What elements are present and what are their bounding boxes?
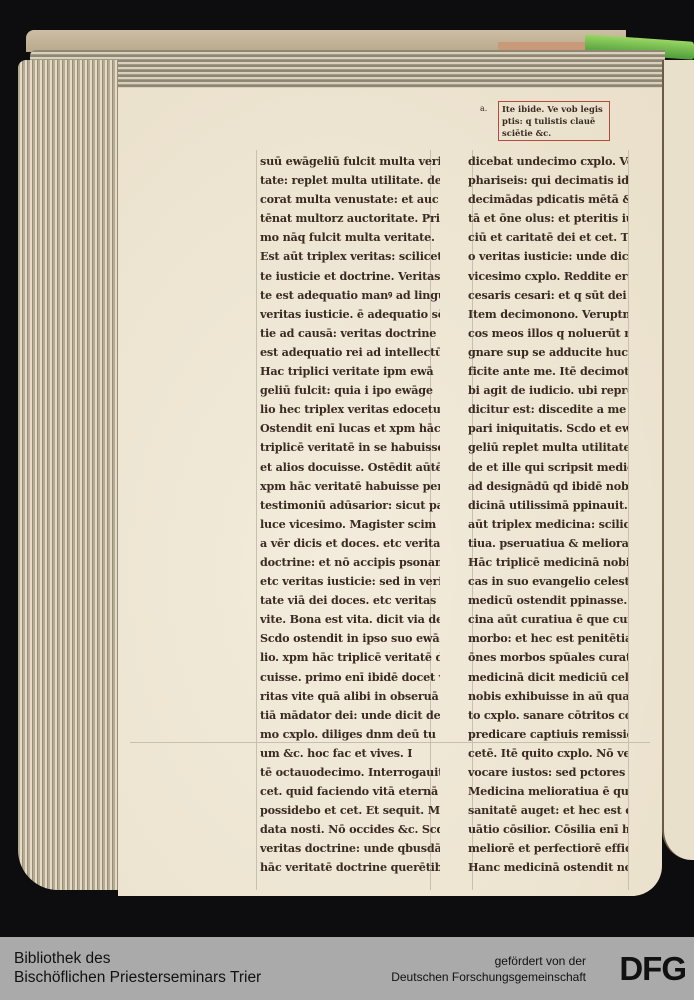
text-line: xpm hāc veritatē habuisse per (260, 477, 440, 496)
text-line: et alios docuisse. Ostēdit aūtē (260, 458, 440, 477)
text-line: Hāc triplicē medicinā nobis lu (468, 553, 628, 572)
text-line: nobis exhibuisse in aū quar (468, 687, 628, 706)
text-line: ficite ante me. Itē decimotercio. v (468, 362, 628, 381)
text-line: Medicina melioratiua ē que (468, 782, 628, 801)
text-line: cet. quid faciendo vitā eternā (260, 782, 440, 801)
text-line: medicū ostendit ppinasse. Medi (468, 591, 628, 610)
text-line: est adequatio rei ad intellectū. (260, 343, 440, 362)
text-line: etc veritas iusticie: sed in veri (260, 572, 440, 591)
page-stack-top (30, 50, 665, 90)
rubricated-margin-note: Ite ibide. Ve vob legis ptis: q tulistis… (498, 101, 610, 141)
text-line: cetē. Itē quito cxplo. Nō veni (468, 744, 628, 763)
text-line: phariseis: qui decimatis id est (468, 171, 628, 190)
text-line: uātio cōsilior. Cōsilia enī hoiem (468, 820, 628, 839)
text-line: tie ad causā: veritas doctrine (260, 324, 440, 343)
text-line: ciū et caritatē dei et cet. Terti (468, 228, 628, 247)
text-line: triplicē veritatē in se habuisse: (260, 438, 440, 457)
text-line: vicesimo cxplo. Reddite ergo q sūt (468, 267, 628, 286)
text-line: Item decimonono. Veruptm inimi (468, 305, 628, 324)
text-line: Ostendit enī lucas et xpm hāc (260, 419, 440, 438)
text-line: cos meos illos q noluerūt me re (468, 324, 628, 343)
funder-credit: gefördert von der Deutschen Forschungsge… (391, 953, 586, 985)
text-line: ōnes morbos spūales curat. Hāc (468, 648, 628, 667)
library-name: Bibliothek des Bischöflichen Priestersem… (14, 949, 261, 987)
text-line: de et ille qui scripsit medic fuit: (468, 458, 628, 477)
text-line: mo nāq fulcit multa veritate. (260, 228, 440, 247)
text-line: sanitatē auget: et hec est obser (468, 801, 628, 820)
text-line: doctrine: et nō accipis psonam. (260, 553, 440, 572)
text-line: Est aūt triplex veritas: scilicet vi (260, 247, 440, 266)
text-line: vite. Bona est vita. dicit via dei. (260, 610, 440, 629)
text-line: decimādas pdicatis mētā & ru (468, 190, 628, 209)
text-line: vocare iustos: sed pctores et cet. (468, 763, 628, 782)
text-line: suū ewāgeliū fulcit multa veri (260, 152, 440, 171)
text-line: cuisse. primo enī ibidē docet ve (260, 668, 440, 687)
text-line: data nosti. Nō occides &c. Scdo (260, 820, 440, 839)
text-line: predicare captiuis remissionē et (468, 725, 628, 744)
page-stack-left (18, 60, 118, 890)
right-text-column: dicebat undecimo cxplo. Ve vobispharisei… (468, 152, 628, 878)
text-line: ad designādū qd ibidē nobis me (468, 477, 628, 496)
funder-line-2: Deutschen Forschungsgemeinschaft (391, 969, 586, 985)
text-line: tēnat multorz auctoritate. Pri (260, 209, 440, 228)
text-line: dicitur est: discedite a me ōnes o (468, 400, 628, 419)
text-line: morbo: et hec est penitētia: que (468, 629, 628, 648)
text-line: te iusticie et doctrine. Veritas vi (260, 267, 440, 286)
text-line: bi agit de iudicio. ubi reprobis (468, 381, 628, 400)
text-line: to cxplo. sanare cōtritos corde. (468, 706, 628, 725)
text-line: lio. xpm hāc triplicē veritatē do (260, 648, 440, 667)
text-line: tā et ōne olus: et pteritis iudi (468, 209, 628, 228)
library-line-1: Bibliothek des (14, 949, 261, 968)
ruling-line (628, 150, 629, 890)
ruling-line (256, 150, 257, 890)
text-line: testimoniū adūsarior: sicut patz (260, 496, 440, 515)
text-line: te est adequatio manꝰ ad lingua. (260, 286, 440, 305)
footer-bar: Bibliothek des Bischöflichen Priestersem… (0, 937, 694, 1000)
text-line: lio hec triplex veritas edocetur. (260, 400, 440, 419)
margin-mark: a. (480, 104, 487, 113)
text-line: veritas iusticie. ē adequatio sētē (260, 305, 440, 324)
left-text-column: suū ewāgeliū fulcit multa veritate: repl… (260, 152, 440, 878)
text-line: luce vicesimo. Magister scim qui (260, 515, 440, 534)
manuscript-scan: a. Ite ibide. Ve vob legis ptis: q tulis… (0, 0, 694, 937)
text-line: veritas doctrine: unde qbusdā (260, 839, 440, 858)
text-line: tate: replet multa utilitate. de (260, 171, 440, 190)
text-line: dicinā utilissimā ppinauit. Est (468, 496, 628, 515)
text-line: cesaris cesari: et q sūt dei deo. (468, 286, 628, 305)
text-line: Hanc medicinā ostendit nobis (468, 858, 628, 877)
text-line: hāc veritatē doctrine querētibꝰ (260, 858, 440, 877)
note-line: Ite ibide. Ve vob legis (502, 103, 606, 115)
library-line-2: Bischöflichen Priesterseminars Trier (14, 968, 261, 987)
text-line: ritas vite quā alibi in obseruā (260, 687, 440, 706)
text-line: a vēr dicis et doces. etc veritas (260, 534, 440, 553)
text-line: um &c. hoc fac et vives. I (260, 744, 440, 763)
text-line: o veritas iusticie: unde dicitur (468, 247, 628, 266)
text-line: cas in suo evangelio celestem (468, 572, 628, 591)
text-line: dicebat undecimo cxplo. Ve vobis (468, 152, 628, 171)
text-line: tē octauodecimo. Interrogauit eū et (260, 763, 440, 782)
text-line: mo cxplo. diliges dnm deū tu (260, 725, 440, 744)
text-line: meliorē et perfectiorē efficiunt. (468, 839, 628, 858)
text-line: tiua. pseruatiua & melioratiua. (468, 534, 628, 553)
text-line: corat multa venustate: et auc (260, 190, 440, 209)
text-line: Scdo ostendit in ipso suo ewāge (260, 629, 440, 648)
dfg-logo: DFG (619, 952, 686, 986)
funder-line-1: gefördert von der (391, 953, 586, 969)
text-line: geliū replet multa utilitate: un (468, 438, 628, 457)
text-line: tate viā dei doces. etc veritas (260, 591, 440, 610)
text-line: gnare sup se adducite huc: et inter (468, 343, 628, 362)
text-line: pari iniquitatis. Scdo et ewā (468, 419, 628, 438)
text-line: possidebo et cet. Et sequit. Mā (260, 801, 440, 820)
text-line: aūt triplex medicina: scilicet cura (468, 515, 628, 534)
text-line: medicinā dicit mediciū celestē (468, 668, 628, 687)
note-line: ptis: q tulistis clauē (502, 115, 606, 127)
text-line: tiā mādator dei: unde dicit deni (260, 706, 440, 725)
note-line: sciētie &c. (502, 127, 606, 139)
text-line: cina aūt curatiua ē que curat a (468, 610, 628, 629)
text-line: geliū fulcit: quia i ipo ewāge (260, 381, 440, 400)
facing-page-edge (662, 60, 694, 860)
text-line: Hac triplici veritate ipm ewā (260, 362, 440, 381)
